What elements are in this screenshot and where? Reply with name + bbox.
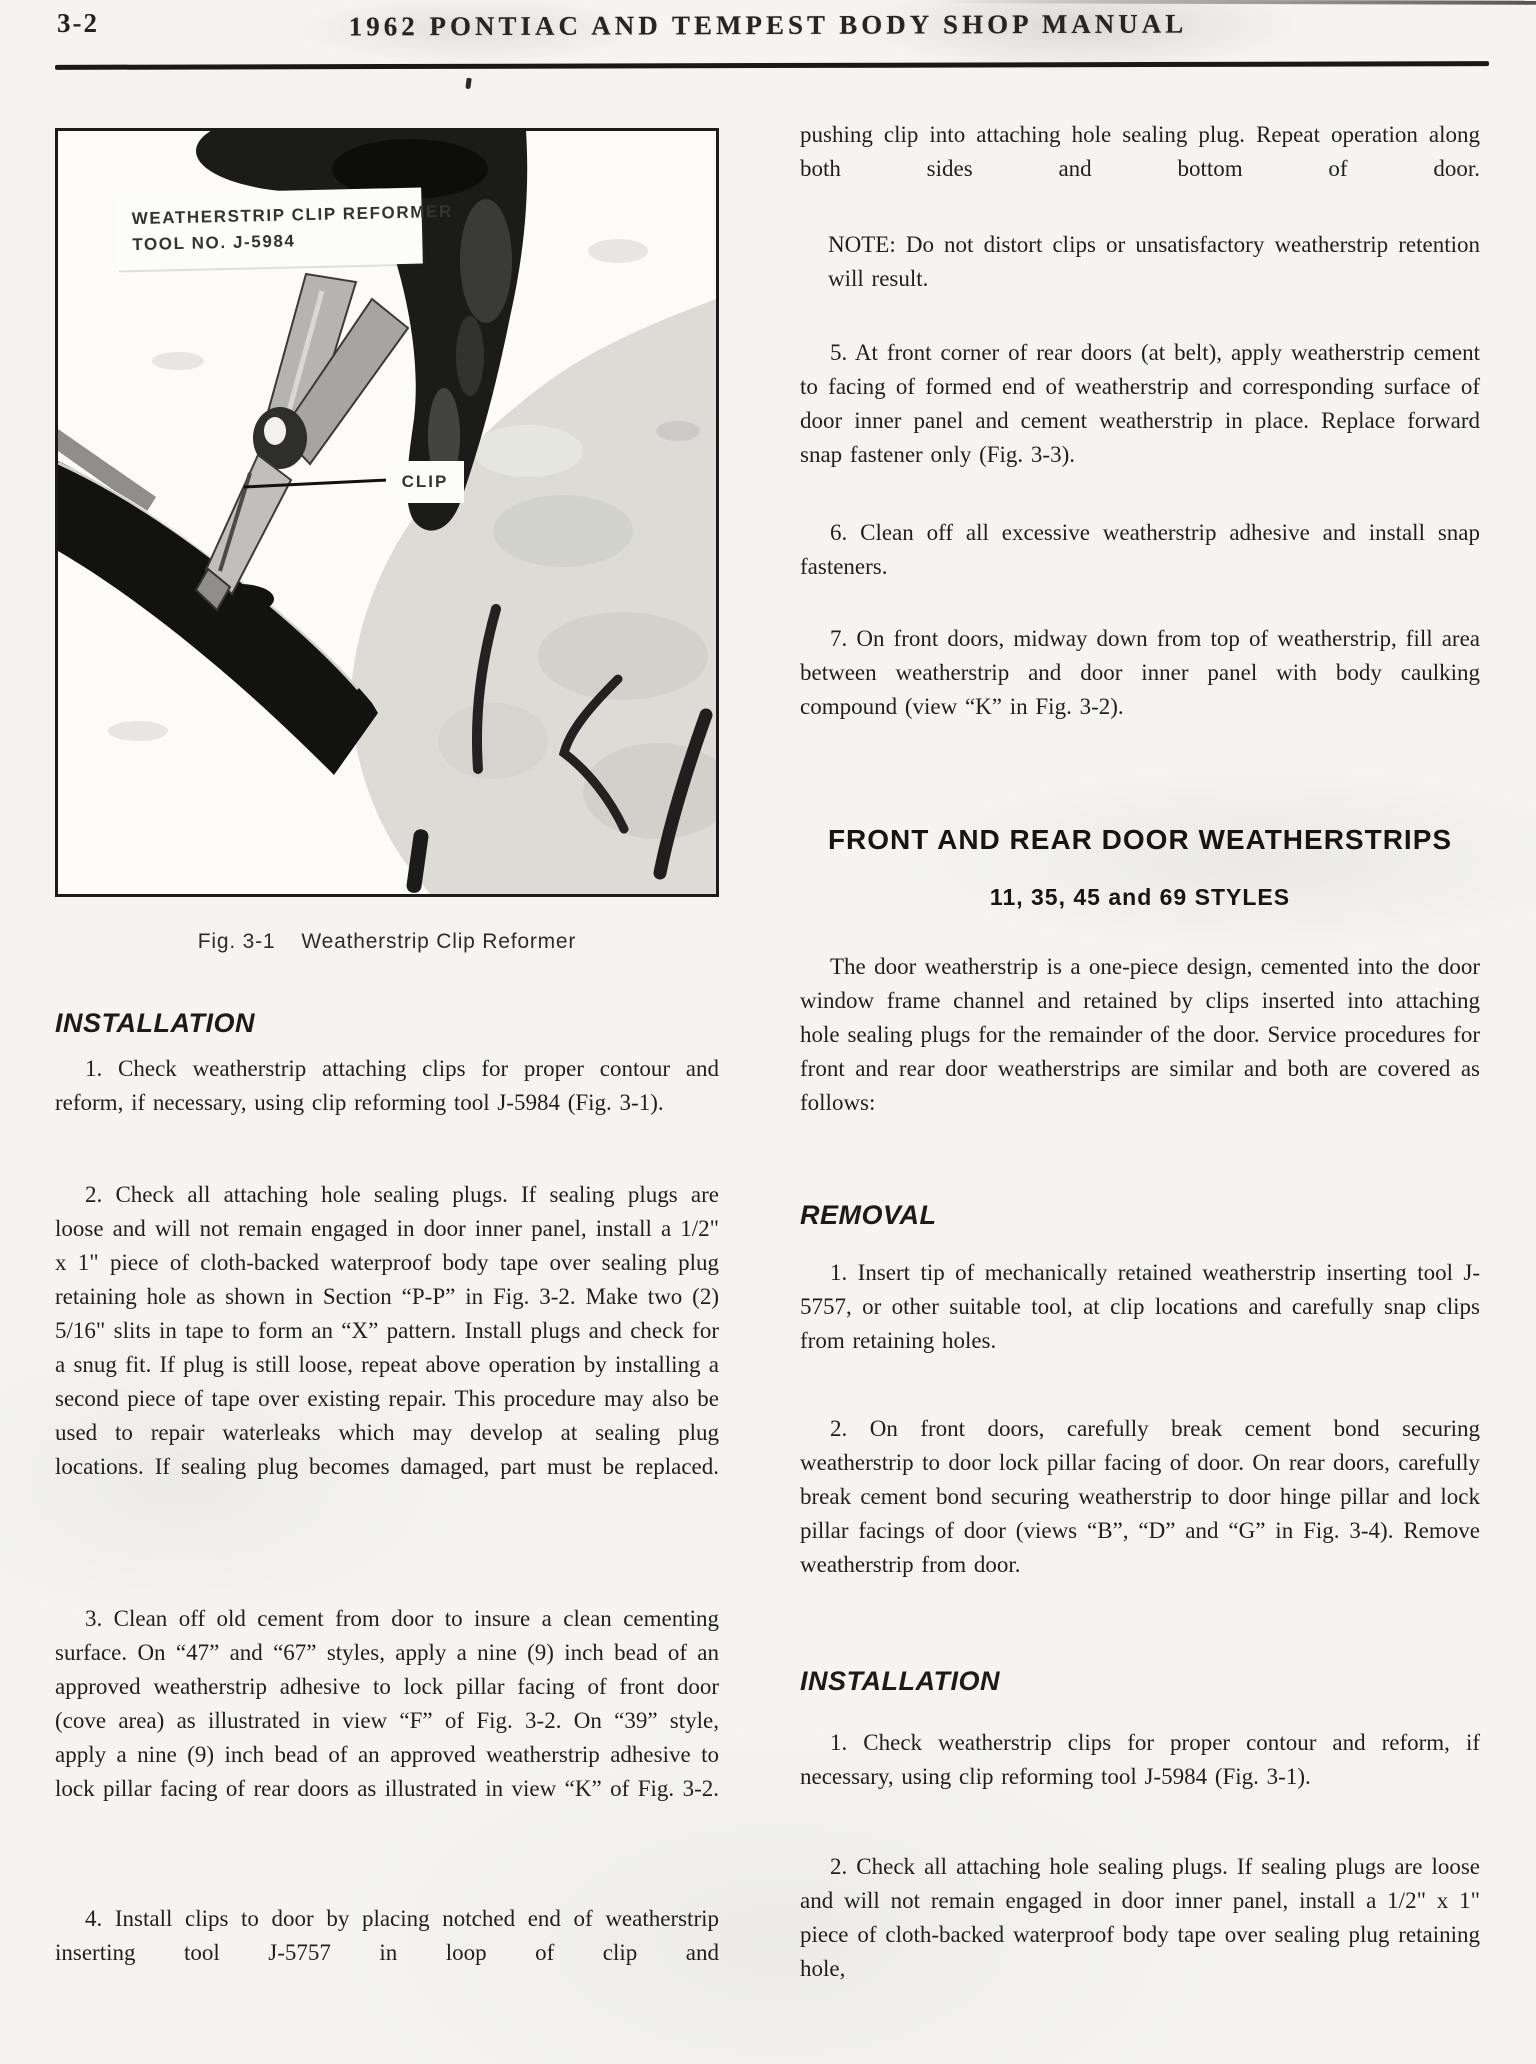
- figure-clip-label: CLIP: [386, 461, 464, 503]
- left-installation-heading: INSTALLATION: [55, 1008, 719, 1039]
- section-subheading-styles: 11, 35, 45 and 69 STYLES: [800, 884, 1480, 911]
- right-paragraph-7: 7. On front doors, midway down from top …: [800, 622, 1480, 724]
- left-paragraph-2: 2. Check all attaching hole sealing plug…: [55, 1178, 719, 1484]
- right-paragraph-continuation: pushing clip into attaching hole sealing…: [800, 118, 1480, 186]
- figure-3-1-photo: WEATHERSTRIP CLIP REFORMER TOOL NO. J-59…: [55, 128, 719, 897]
- glove-hand-shape: [351, 299, 716, 894]
- section-heading-front-rear-door-weatherstrips: FRONT AND REAR DOOR WEATHERSTRIPS: [800, 824, 1480, 856]
- figure-tool-label-line2: TOOL NO. J-5984: [132, 226, 413, 258]
- left-paragraph-1: 1. Check weatherstrip attaching clips fo…: [55, 1052, 719, 1120]
- section-intro-paragraph: The door weatherstrip is a one-piece des…: [800, 950, 1480, 1120]
- page-title: 1962 PONTIAC AND TEMPEST BODY SHOP MANUA…: [0, 7, 1536, 43]
- right-paragraph-6: 6. Clean off all excessive weatherstrip …: [800, 516, 1480, 584]
- note-paragraph: NOTE: Do not distort clips or unsatisfac…: [800, 228, 1480, 296]
- figure-tool-label: WEATHERSTRIP CLIP REFORMER TOOL NO. J-59…: [115, 188, 423, 271]
- left-paragraph-3: 3. Clean off old cement from door to ins…: [55, 1602, 719, 1806]
- pliers-shape: [196, 274, 408, 610]
- installation-paragraph-2: 2. Check all attaching hole sealing plug…: [800, 1850, 1480, 1986]
- scan-speck-artifact: [465, 78, 471, 90]
- removal-paragraph-1: 1. Insert tip of mechanically retained w…: [800, 1256, 1480, 1358]
- header-divider: [55, 61, 1489, 70]
- scan-edge-artifact: [936, 0, 1536, 5]
- figure-caption-number: Fig. 3-1: [198, 930, 276, 953]
- removal-paragraph-2: 2. On front doors, carefully break cemen…: [800, 1412, 1480, 1582]
- right-installation-heading: INSTALLATION: [800, 1666, 1480, 1697]
- removal-heading: REMOVAL: [800, 1200, 1480, 1231]
- installation-paragraph-1: 1. Check weatherstrip clips for proper c…: [800, 1726, 1480, 1794]
- figure-caption: Fig. 3-1Weatherstrip Clip Reformer: [55, 930, 719, 954]
- left-paragraph-4: 4. Install clips to door by placing notc…: [55, 1902, 719, 1970]
- figure-caption-title: Weatherstrip Clip Reformer: [301, 930, 576, 953]
- right-paragraph-5: 5. At front corner of rear doors (at bel…: [800, 336, 1480, 472]
